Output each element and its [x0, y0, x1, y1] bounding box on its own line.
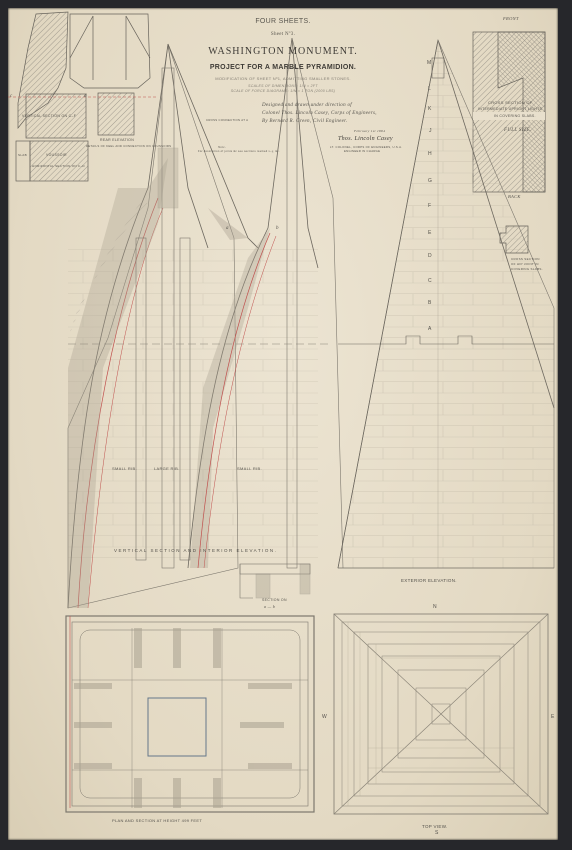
marker-a: a	[226, 226, 229, 231]
cross-connection-label: CROSS CONNECTION AT A	[206, 118, 248, 122]
course-letter-b: B	[428, 300, 432, 306]
course-letter-c: C	[428, 278, 432, 284]
full-size-label: FULL SIZE.	[504, 128, 532, 133]
joint-title-1: CROSS SECTION	[511, 257, 540, 261]
note-title: Note.	[218, 145, 226, 149]
small-rib-label-left: SMALL RIB.	[112, 466, 137, 471]
plan-section-drawing	[66, 616, 314, 812]
course-letter-f: F	[428, 203, 431, 209]
compass-south: S	[435, 830, 439, 836]
course-letter-j: J	[429, 128, 432, 134]
compass-north: N	[433, 604, 437, 610]
marker-c: c	[10, 94, 13, 99]
section-markers: a — b	[264, 604, 275, 609]
marker-d: d	[84, 94, 87, 99]
section-a-b-drawing	[240, 564, 310, 598]
rear-elevation-label: REAR ELEVATION	[100, 138, 134, 142]
course-letter-h: H	[428, 151, 432, 157]
credit-line-1: Designed and drawn under direction of	[262, 103, 352, 108]
exterior-elevation-caption: EXTERIOR ELEVATION.	[401, 578, 457, 583]
top-view-drawing	[334, 614, 548, 814]
drawing-linework	[8, 8, 558, 840]
joint-title-3: COVERING SLABS.	[511, 267, 543, 271]
note-text: For description of joints &c see section…	[198, 150, 280, 153]
voussoir-label: VOUSSOIR	[46, 153, 67, 157]
joint-title-2: OF HIP JOINT IN	[511, 262, 539, 266]
course-letter-e: E	[428, 230, 432, 236]
front-label: FRONT	[503, 16, 519, 21]
slab-label: SLAB	[18, 153, 27, 157]
keel-detail-drawing	[8, 12, 158, 181]
modification-note: MODIFICATION OF SHEET Nº1, ADMITTING SMA…	[8, 76, 558, 81]
course-letter-k: K	[428, 106, 432, 112]
compass-east: E	[551, 714, 555, 720]
drawing-title: WASHINGTON MONUMENT.	[8, 46, 558, 57]
signature-title-2: Engineer in Charge	[344, 149, 380, 153]
course-letter-d: D	[428, 253, 432, 259]
signature: Thos. Lincoln Casey	[338, 136, 393, 142]
section-on-label: SECTION ON	[262, 598, 287, 602]
sheet-count: FOUR SHEETS.	[8, 18, 558, 25]
course-letter-m: M	[427, 60, 431, 66]
cross-section-title-2: INTERMEDIATE UPRIGHT LIGHTS	[478, 107, 542, 111]
sheet-number: Sheet Nº3.	[8, 32, 558, 37]
marker-b: b	[276, 226, 279, 231]
vertical-section-label: VERTICAL SECTION ON c–f	[22, 114, 76, 118]
course-letter-a: A	[428, 326, 432, 332]
plan-section-caption: PLAN AND SECTION AT HEIGHT 499 Feet	[112, 818, 202, 823]
credit-line-3: By Bernard R. Green, Civil Engineer.	[262, 119, 347, 124]
top-view-caption: TOP VIEW.	[422, 824, 448, 829]
course-letter-l: L	[428, 86, 431, 92]
drawing-date: February 1st 1884	[354, 129, 385, 133]
drawing-subtitle: PROJECT FOR A MARBLE PYRAMIDION.	[8, 64, 558, 71]
cross-section-title-3: IN COVERING SLABS.	[494, 114, 536, 118]
large-rib-label: LARGE RIB.	[154, 466, 179, 471]
back-label: BACK	[508, 194, 521, 199]
horizontal-section-label: HORIZONTAL SECTION ON C–d	[32, 164, 85, 168]
scale-dimensions: SCALES OF DIMENSIONS: 1in = 2ft	[8, 84, 558, 88]
vertical-section-caption: VERTICAL SECTION AND INTERIOR ELEVATION.	[114, 548, 277, 553]
cross-section-title-1: CROSS SECTION OF	[488, 100, 533, 105]
drawing-sheet: FOUR SHEETS. Sheet Nº3. WASHINGTON MONUM…	[8, 8, 558, 840]
course-letter-g: G	[428, 178, 432, 184]
compass-west: W	[322, 714, 327, 720]
scale-force-diagrams: SCALE OF FORCE DIAGRAMS: 1in = 1 ton (20…	[8, 89, 558, 93]
keel-detail-note: DETAILS OF KEEL AND CONNECTION ON VOUSSO…	[86, 144, 171, 148]
credit-line-2: Colonel Thos. Lincoln Casey, Corps of En…	[262, 111, 377, 116]
small-rib-label-right: SMALL RIB.	[237, 466, 262, 471]
